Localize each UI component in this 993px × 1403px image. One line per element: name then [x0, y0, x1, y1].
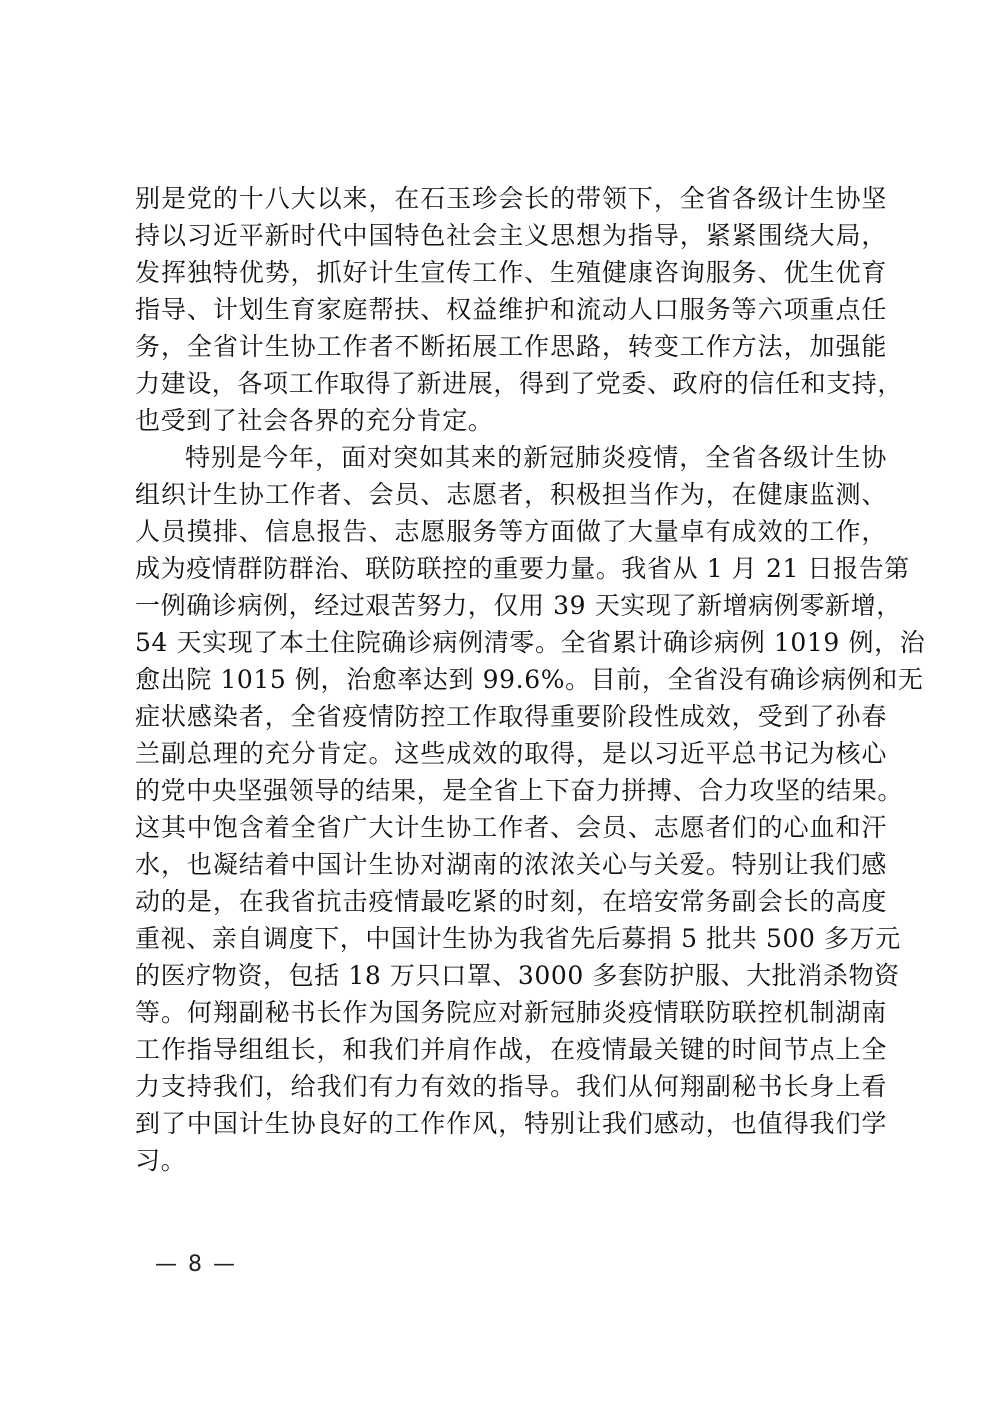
text-line: 的党中央坚强领导的结果，是全省上下奋力拼搏、合力攻坚的结果。 [135, 772, 887, 809]
text-line: 到了中国计生协良好的工作作风，特别让我们感动，也值得我们学 [135, 1105, 887, 1142]
text-line: 工作指导组组长，和我们并肩作战，在疫情最关键的时间节点上全 [135, 1031, 887, 1068]
text-line: 指导、计划生育家庭帮扶、权益维护和流动人口服务等六项重点任 [135, 291, 887, 328]
document-page: 别是党的十八大以来，在石玉珍会长的带领下，全省各级计生协坚持以习近平新时代中国特… [0, 0, 993, 1403]
text-line: 一例确诊病例，经过艰苦努力，仅用 39 天实现了新增病例零新增， [135, 587, 887, 624]
text-line: 组织计生协工作者、会员、志愿者，积极担当作为，在健康监测、 [135, 476, 887, 513]
text-line: 力支持我们，给我们有力有效的指导。我们从何翔副秘书长身上看 [135, 1068, 887, 1105]
text-line: 别是党的十八大以来，在石玉珍会长的带领下，全省各级计生协坚 [135, 180, 887, 217]
text-line: 人员摸排、信息报告、志愿服务等方面做了大量卓有成效的工作， [135, 513, 887, 550]
text-line: 成为疫情群防群治、联防联控的重要力量。我省从 1 月 21 日报告第 [135, 550, 887, 587]
text-line: 的医疗物资，包括 18 万只口罩、3000 多套防护服、大批消杀物资 [135, 957, 887, 994]
paragraph-2: 特别是今年，面对突如其来的新冠肺炎疫情，全省各级计生协组织计生协工作者、会员、志… [135, 439, 887, 1179]
text-line: 力建设，各项工作取得了新进展，得到了党委、政府的信任和支持， [135, 365, 887, 402]
text-line: 务，全省计生协工作者不断拓展工作思路，转变工作方法，加强能 [135, 328, 887, 365]
text-line: 重视、亲自调度下，中国计生协为我省先后募捐 5 批共 500 多万元 [135, 920, 887, 957]
text-line: 持以习近平新时代中国特色社会主义思想为指导，紧紧围绕大局， [135, 217, 887, 254]
text-line: 等。何翔副秘书长作为国务院应对新冠肺炎疫情联防联控机制湖南 [135, 994, 887, 1031]
text-line: 兰副总理的充分肯定。这些成效的取得，是以习近平总书记为核心 [135, 735, 887, 772]
paragraph-1: 别是党的十八大以来，在石玉珍会长的带领下，全省各级计生协坚持以习近平新时代中国特… [135, 180, 887, 439]
text-line: 也受到了社会各界的充分肯定。 [135, 402, 887, 439]
text-line: 症状感染者，全省疫情防控工作取得重要阶段性成效，受到了孙春 [135, 698, 887, 735]
text-line: 习。 [135, 1142, 887, 1179]
text-line: 动的是，在我省抗击疫情最吃紧的时刻，在培安常务副会长的高度 [135, 883, 887, 920]
text-line: 发挥独特优势，抓好计生宣传工作、生殖健康咨询服务、优生优育 [135, 254, 887, 291]
text-line: 水，也凝结着中国计生协对湖南的浓浓关心与关爱。特别让我们感 [135, 846, 887, 883]
text-line: 这其中饱含着全省广大计生协工作者、会员、志愿者们的心血和汗 [135, 809, 887, 846]
text-line: 特别是今年，面对突如其来的新冠肺炎疫情，全省各级计生协 [135, 439, 887, 476]
text-line: 54 天实现了本土住院确诊病例清零。全省累计确诊病例 1019 例，治 [135, 624, 887, 661]
body-text: 别是党的十八大以来，在石玉珍会长的带领下，全省各级计生协坚持以习近平新时代中国特… [135, 180, 887, 1179]
page-number: — 8 — [155, 1252, 237, 1277]
text-line: 愈出院 1015 例，治愈率达到 99.6%。目前，全省没有确诊病例和无 [135, 661, 887, 698]
